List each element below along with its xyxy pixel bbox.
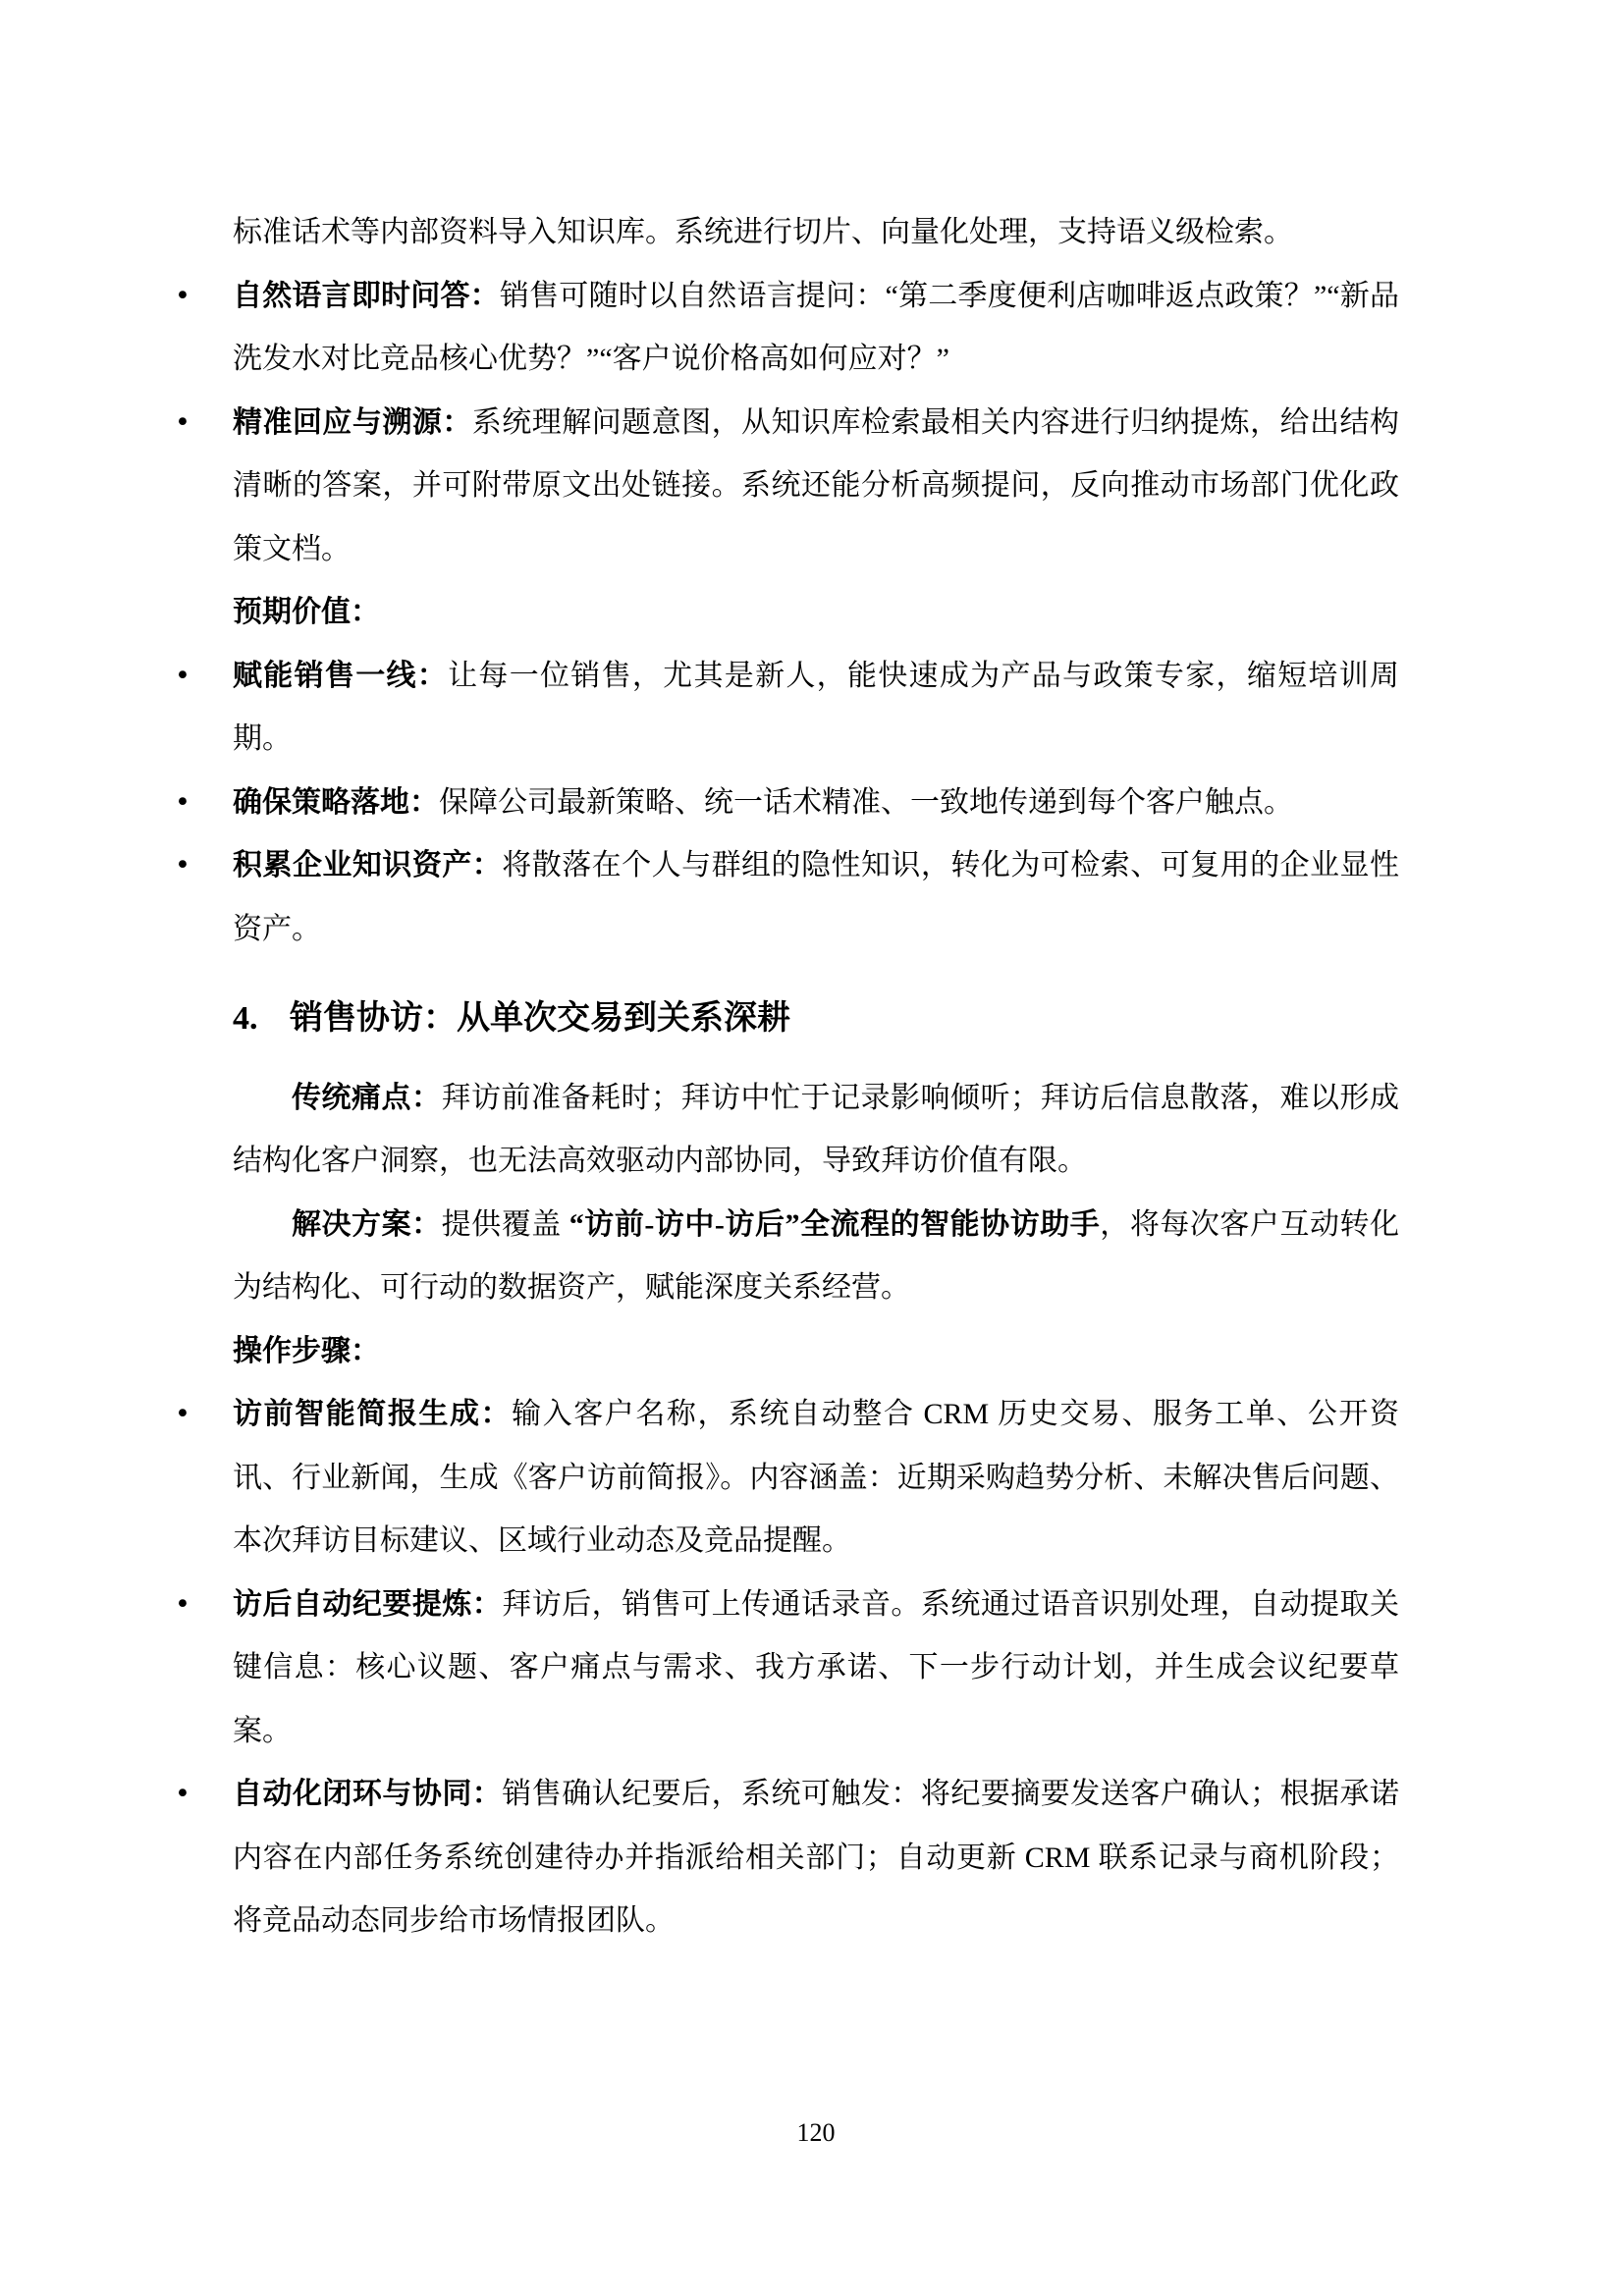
paragraph-bold-phrase: “访前-访中-访后”全流程的智能协访助手: [569, 1208, 1101, 1241]
list-item-label: 积累企业知识资产：: [233, 849, 502, 881]
section-title: 销售协访：从单次交易到关系深耕: [290, 1000, 790, 1037]
list-item-label: 自然语言即时问答：: [233, 280, 500, 312]
page-content: 标准话术等内部资料导入知识库。系统进行切片、向量化处理，支持语义级检索。 • 自…: [233, 201, 1399, 1953]
list-item-label: 精准回应与溯源：: [233, 406, 472, 439]
paragraph-pain-points: 传统痛点：拜访前准备耗时；拜访中忙于记录影响倾听；拜访后信息散落，难以形成结构化…: [233, 1067, 1399, 1194]
bullet-icon: •: [175, 1574, 190, 1637]
list-item-pre-visit-briefing: • 访前智能简报生成：输入客户名称，系统自动整合 CRM 历史交易、服务工单、公…: [233, 1383, 1399, 1574]
steps-label: 操作步骤：: [233, 1320, 1399, 1384]
section-heading: 4.销售协访：从单次交易到关系深耕: [233, 988, 1399, 1051]
list-item-strategy-landing: • 确保策略落地：保障公司最新策略、统一话术精准、一致地传递到每个客户触点。: [233, 772, 1399, 835]
section-number: 4.: [233, 988, 290, 1051]
bullet-icon: •: [175, 392, 190, 455]
document-page: 标准话术等内部资料导入知识库。系统进行切片、向量化处理，支持语义级检索。 • 自…: [0, 0, 1624, 2296]
list-item-text: 保障公司最新策略、统一话术精准、一致地传递到每个客户触点。: [439, 786, 1293, 819]
list-item-label: 确保策略落地：: [233, 786, 439, 819]
bullet-icon: •: [175, 1383, 190, 1447]
paragraph-text: 提供覆盖: [442, 1208, 569, 1241]
bullet-icon: •: [175, 1763, 190, 1827]
list-item-label: 自动化闭环与协同：: [233, 1778, 502, 1810]
paragraph-label: 传统痛点：: [292, 1082, 442, 1114]
bullet-icon: •: [175, 834, 190, 898]
list-item-label: 访后自动纪要提炼：: [233, 1588, 502, 1621]
paragraph-solution: 解决方案：提供覆盖 “访前-访中-访后”全流程的智能协访助手，将每次客户互动转化…: [233, 1194, 1399, 1320]
list-item-automated-loop: • 自动化闭环与协同：销售确认纪要后，系统可触发：将纪要摘要发送客户确认；根据承…: [233, 1763, 1399, 1953]
list-item-label: 赋能销售一线：: [233, 660, 448, 692]
page-number: 120: [233, 2120, 1399, 2146]
list-item-knowledge-assets: • 积累企业知识资产：将散落在个人与群组的隐性知识，转化为可检索、可复用的企业显…: [233, 834, 1399, 961]
paragraph-continuation: 标准话术等内部资料导入知识库。系统进行切片、向量化处理，支持语义级检索。: [233, 201, 1399, 265]
list-item-accurate-response: • 精准回应与溯源：系统理解问题意图，从知识库检索最相关内容进行归纳提炼，给出结…: [233, 392, 1399, 582]
expected-value-label: 预期价值：: [233, 581, 1399, 645]
bullet-icon: •: [175, 645, 190, 709]
list-item-label: 访前智能简报生成：: [233, 1398, 512, 1430]
bullet-icon: •: [175, 265, 190, 329]
bullet-icon: •: [175, 772, 190, 835]
list-item-post-visit-minutes: • 访后自动纪要提炼：拜访后，销售可上传通话录音。系统通过语音识别处理，自动提取…: [233, 1574, 1399, 1764]
list-item-natural-language-qa: • 自然语言即时问答：销售可随时以自然语言提问：“第二季度便利店咖啡返点政策？”…: [233, 265, 1399, 392]
list-item-empower-sales: • 赋能销售一线：让每一位销售，尤其是新人，能快速成为产品与政策专家，缩短培训周…: [233, 645, 1399, 772]
paragraph-label: 解决方案：: [292, 1208, 442, 1241]
